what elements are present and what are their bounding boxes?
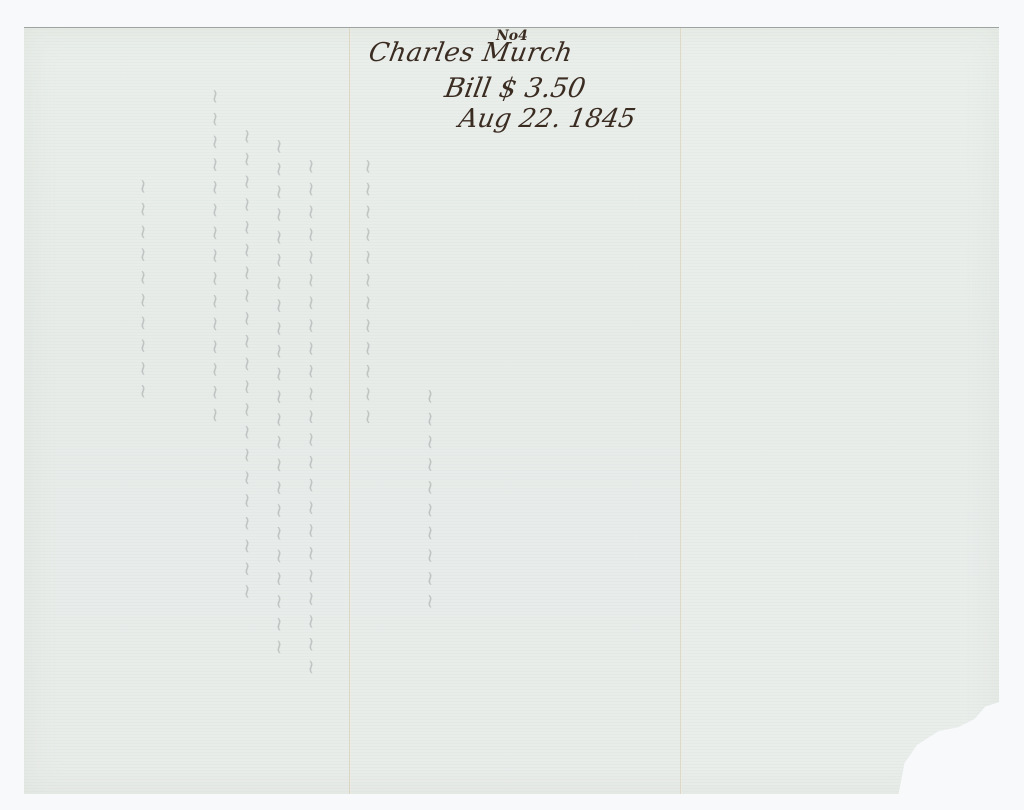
- document-scan: ~~~~~~~~~~ ~~~~~~~~~~~~~~~ ~~~~~~~~~~~~~…: [0, 0, 1024, 810]
- bleed-through-text: ~~~~~~~~~~~~~~~~~~~~~: [236, 128, 260, 748]
- docket-endorsement: No4 Charles Murch Bill $ 3.50 Aug 22. 18…: [349, 28, 680, 148]
- right-panel: [680, 28, 999, 794]
- bleed-through-text: ~~~~~~~~~~~~: [357, 158, 381, 538]
- bill-amount: Bill $ 3.50: [442, 73, 588, 104]
- bleed-through-text: ~~~~~~~~~~~~~~~: [204, 88, 228, 288]
- payee-name: Charles Murch: [366, 38, 575, 68]
- center-panel: No4 Charles Murch Bill $ 3.50 Aug 22. 18…: [349, 28, 680, 794]
- paper-sheet: ~~~~~~~~~~ ~~~~~~~~~~~~~~~ ~~~~~~~~~~~~~…: [24, 27, 999, 794]
- left-panel: ~~~~~~~~~~ ~~~~~~~~~~~~~~~ ~~~~~~~~~~~~~…: [24, 28, 349, 794]
- bleed-through-text: ~~~~~~~~~~: [132, 178, 156, 418]
- bleed-through-text: ~~~~~~~~~~~~~~~~~~~~~~~: [268, 138, 292, 778]
- bleed-through-text: ~~~~~~~~~~: [419, 388, 443, 628]
- bleed-through-text: ~~~~~~~~~~~~~~~~~~~~~~~: [300, 158, 324, 718]
- bill-date: Aug 22. 1845: [456, 104, 638, 134]
